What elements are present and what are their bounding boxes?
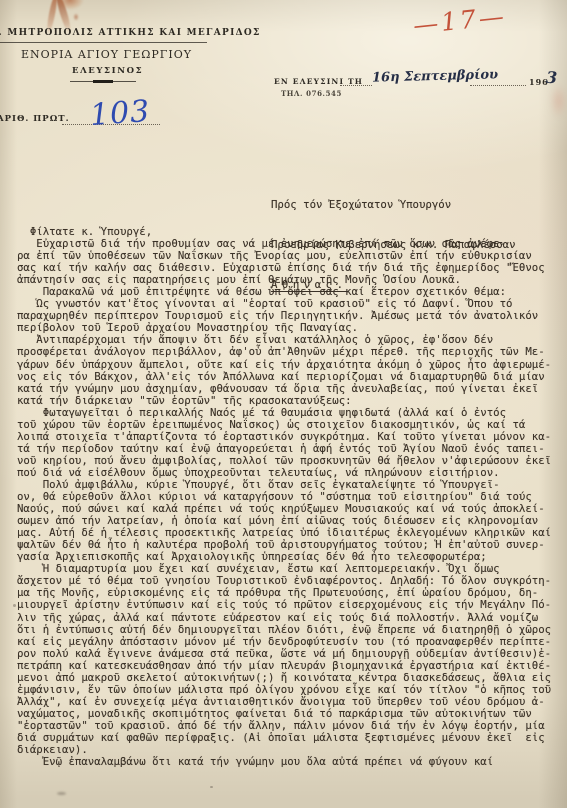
- paper-speck: [210, 786, 213, 788]
- letterhead-rule: [0, 42, 207, 43]
- scanned-letter-page: —17— Ι. ΜΗΤΡΟΠΟΛΙΣ ΑΤΤΙΚΗΣ ΚΑΙ ΜΕΓΑΡΙΔΟΣ…: [0, 0, 567, 808]
- body-line: καί εἰς μεγάλην ἀπόστασιν μόνον μέ τήν δ…: [17, 636, 565, 648]
- body-line: πετράπη καί κατεσκευάσθησαν ἀπό τήν μίαν…: [17, 660, 565, 672]
- body-line: λιν τῆς χώρας, ἀλλά καί πάντοτε εὐάρεστο…: [17, 612, 565, 624]
- rust-stain-dot: [73, 13, 79, 21]
- letterhead-city: ΕΛΕΥΣΙΝΟΣ: [72, 66, 143, 76]
- body-line: κατά τήν γνώμην μου ἀσχημίαν, φθάνουσαν …: [17, 383, 565, 395]
- recipient-line: Πρός τόν Ἐξοχώτατον Ὑπουργόν: [271, 198, 516, 211]
- dotted-line: [470, 85, 526, 86]
- letterhead-city-rule: [70, 81, 136, 82]
- rule-thick-segment: [93, 80, 113, 83]
- protocol-line: ΑΡΙΘ. ΠΡΩΤ. 103: [0, 104, 177, 144]
- paper-speck: [57, 792, 66, 795]
- paper-speck: [13, 604, 16, 607]
- body-line: γάρων δέν ὑπάρχουν ἄμπελοι, οὔτε καί εἰς…: [17, 359, 565, 371]
- handwritten-year-digit: 3: [546, 68, 558, 88]
- letterhead-parish: ΕΝΟΡΙΑ ΑΓΙΟΥ ΓΕΩΡΓΙΟΥ: [21, 48, 192, 61]
- body-line: προσφέρεται ἀνάλογον περιβάλλον, ἀφ'οὗ ἀ…: [17, 346, 565, 358]
- body-line: τοῦ χώρου τῶν ἑορτῶν ἐρειπωμένος Ναΐσκος…: [17, 419, 565, 431]
- body-line: ὅτι ἡ ἐντύπωσις αὐτή δέν δημιουργεῖται π…: [17, 624, 565, 636]
- protocol-label: ΑΡΙΘ. ΠΡΩΤ.: [0, 114, 70, 124]
- body-line: νος εἰς τόν Βάκχον, ἀλλ'εἰς τόν Ἀπόλλωνα…: [17, 371, 565, 383]
- body-line: ρον πολύ καλά ἔγινενε ἀνάμεσα στά πεῦκα,…: [17, 648, 565, 660]
- letterhead-diocese: Ι. ΜΗΤΡΟΠΟΛΙΣ ΑΤΤΙΚΗΣ ΚΑΙ ΜΕΓΑΡΙΔΟΣ: [0, 28, 261, 38]
- handwritten-protocol-number: 103: [89, 94, 152, 133]
- dateline: ΕΝ ΕΛΕΥΣΙΝΙ ΤΗ 16η Σεπτεμβρίου 196 3: [274, 70, 564, 92]
- body-line: κατά τήν διάρκειαν "τῶν ἑορτῶν" τῆς κρασ…: [17, 395, 565, 407]
- dotted-line: [340, 85, 372, 86]
- page-number-annotation: —17—: [412, 1, 508, 40]
- body-line: μιουργεῖ ἀρίστην ἐντύπωσιν καί εἰς τούς …: [17, 599, 565, 611]
- handwritten-date: 16η Σεπτεμβρίου: [372, 67, 498, 85]
- body-line: μενοι ἀπό μακροῦ σκελετοί αὐτοκινήτων(;)…: [17, 672, 565, 684]
- body-line: Φωταγωγεῖται ὁ περικαλλής Ναός μέ τά θαυ…: [17, 407, 565, 419]
- body-line: Ἐνῷ ἐπαναλαμβάνω ὅτι κατά τήν γνώμην μου…: [17, 756, 565, 768]
- body-line: διά συρμάτων καί φαθῶν περίφραξις. (Αἱ ὁ…: [17, 732, 565, 744]
- letter-body: Φίλτατε κ. Ὑπουργέ, Εὐχαριστῶ διά τήν πρ…: [17, 226, 565, 768]
